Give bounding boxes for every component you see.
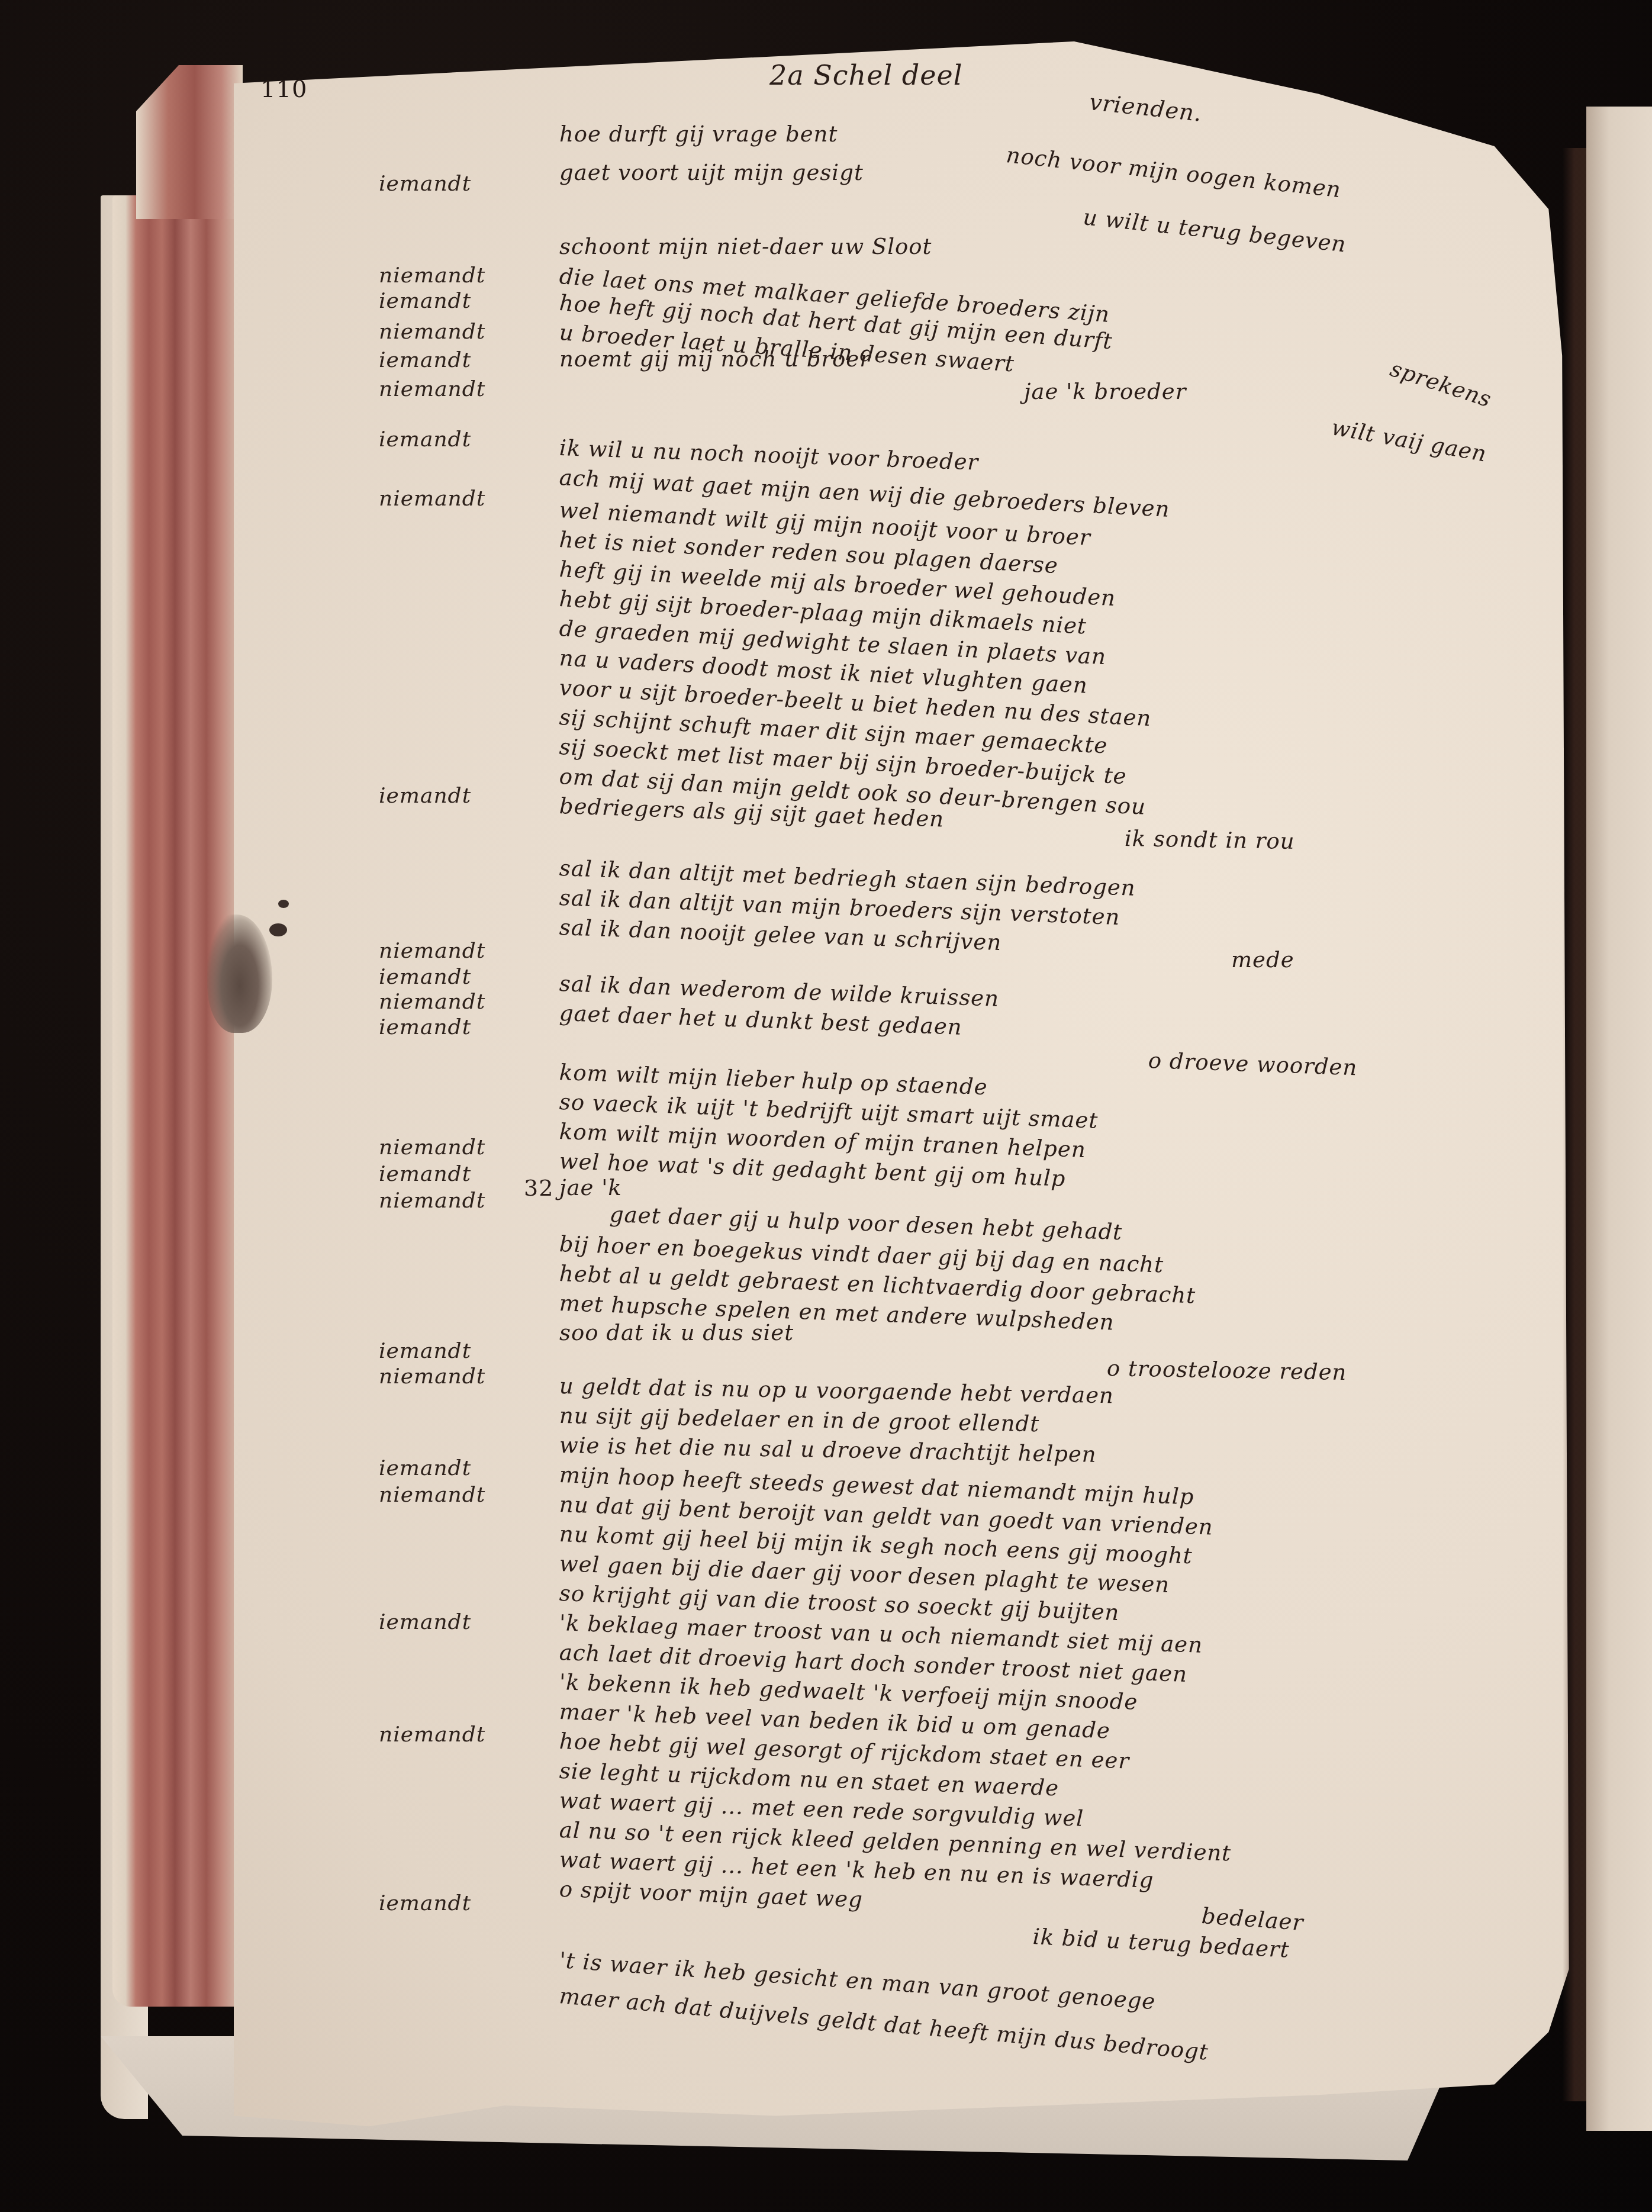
gutter-shadow [1563, 148, 1586, 2101]
manuscript-line: soo dat ik u dus siet [559, 1320, 794, 1345]
speaker-label: iemandt [379, 784, 471, 808]
manuscript-line: o troostelooze reden [1107, 1355, 1347, 1385]
speaker-label: niemandt [379, 1483, 485, 1507]
speaker-label: iemandt [379, 172, 471, 196]
facing-page-edge [1586, 107, 1652, 2131]
speaker-label: iemandt [379, 289, 471, 313]
speaker-label: iemandt [379, 427, 471, 452]
speaker-label: iemandt [379, 1015, 471, 1039]
speaker-label: niemandt [379, 1364, 485, 1389]
manuscript-line: mede [1231, 947, 1294, 973]
folio-number: 110 [260, 76, 307, 103]
speaker-label: niemandt [379, 320, 485, 344]
speaker-label: niemandt [379, 487, 485, 511]
red-fore-edge [112, 195, 243, 2007]
speaker-label: niemandt [379, 1722, 485, 1747]
speaker-label: niemandt [379, 377, 485, 401]
speaker-label: iemandt [379, 1610, 471, 1634]
speaker-label: niemandt [379, 939, 485, 963]
ink-speck [269, 923, 287, 936]
speaker-label: iemandt [379, 348, 471, 372]
speaker-label: iemandt [379, 1456, 471, 1480]
ink-speck [278, 900, 289, 908]
speaker-label: iemandt [379, 1891, 471, 1915]
manuscript-line: ik sondt in rou [1125, 826, 1295, 854]
speaker-label: niemandt [379, 1189, 485, 1213]
speaker-label: niemandt [379, 1135, 485, 1160]
manuscript-line: schoont mijn niet-daer uw Sloot [559, 234, 932, 259]
manuscript-line: gaet voort uijt mijn gesigt [559, 160, 864, 185]
speaker-label: iemandt [379, 1339, 471, 1363]
manuscript-line: noemt gij mij noch u broer [559, 346, 871, 372]
speaker-label: niemandt [379, 263, 485, 288]
page-heading: 2a Schel deel [769, 59, 962, 91]
manuscript-line: jae 'k [559, 1175, 622, 1200]
speaker-label: niemandt [379, 990, 485, 1014]
manuscript-line: jae 'k broeder [1024, 379, 1186, 404]
manuscript-line: hoe durft gij vrage bent [559, 121, 838, 147]
speaker-label: iemandt [379, 1162, 471, 1186]
margin-number: 32 [524, 1175, 553, 1201]
speaker-label: iemandt [379, 965, 471, 989]
